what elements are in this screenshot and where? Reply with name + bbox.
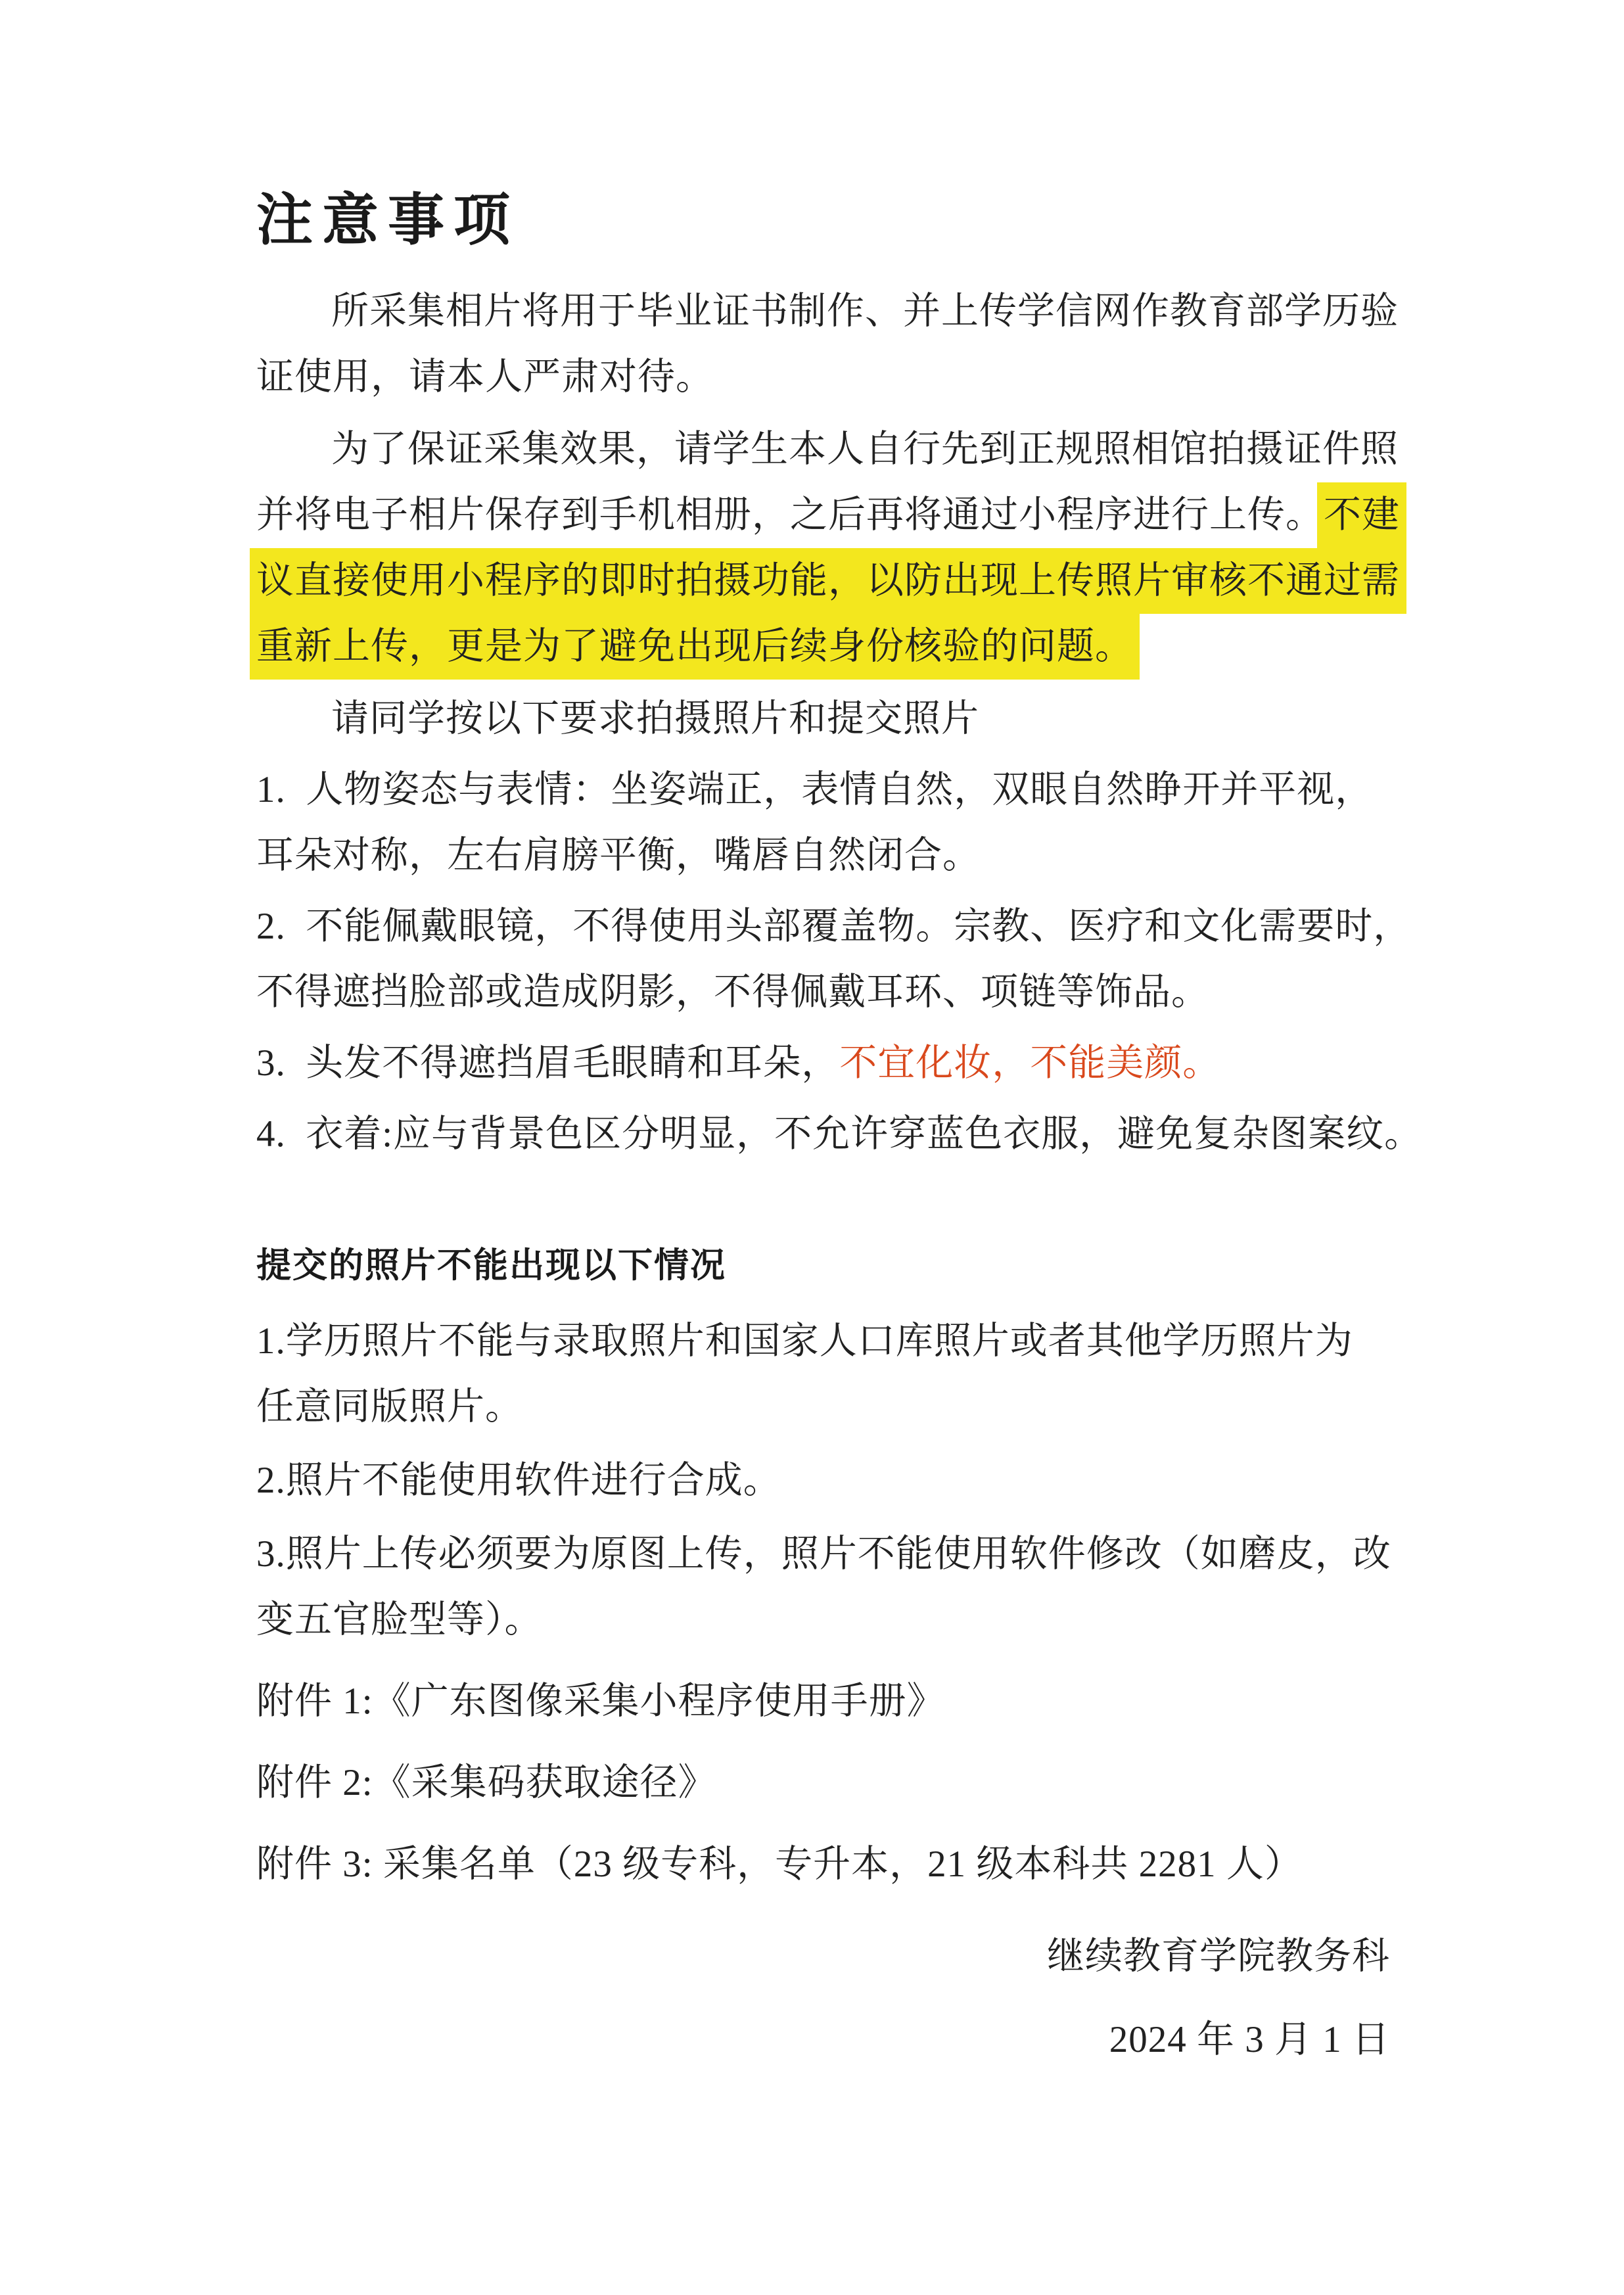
text-segment: 提交的照片不能出现以下情况 bbox=[256, 1246, 726, 1285]
text-line: 附件 1:《广东图像采集小程序使用手册》 bbox=[256, 1669, 1420, 1734]
signature-department: 继续教育学院教务科 bbox=[256, 1924, 1420, 1989]
text-line: 任意同版照片。 bbox=[256, 1374, 1420, 1440]
text-line: 2. 不能佩戴眼镜，不得使用头部覆盖物。宗教、医疗和文化需要时， bbox=[256, 894, 1420, 960]
forbidden-cases-heading: 提交的照片不能出现以下情况 bbox=[256, 1233, 1420, 1299]
requirement-3: 3. 头发不得遮挡眉毛眼睛和耳朵，不宜化妆，不能美颜。 bbox=[256, 1031, 1420, 1096]
text-line: 证使用，请本人严肃对待。 bbox=[256, 344, 1420, 410]
text-line: 提交的照片不能出现以下情况 bbox=[256, 1233, 1420, 1299]
forbidden-2: 2.照片不能使用软件进行合成。 bbox=[256, 1448, 1420, 1514]
text-segment: 2.照片不能使用软件进行合成。 bbox=[256, 1460, 781, 1501]
forbidden-3: 3.照片上传必须要为原图上传，照片不能使用软件修改（如磨皮，改变五官脸型等）。 bbox=[256, 1521, 1420, 1653]
forbidden-1: 1.学历照片不能与录取照片和国家人口库照片或者其他学历照片为任意同版照片。 bbox=[256, 1309, 1420, 1440]
text-line: 不得遮挡脸部或造成阴影，不得佩戴耳环、项链等饰品。 bbox=[256, 960, 1420, 1025]
text-segment: 请同学按以下要求拍摄照片和提交照片 bbox=[331, 698, 979, 739]
text-line: 请同学按以下要求拍摄照片和提交照片 bbox=[256, 686, 1420, 752]
text-line: 并将电子相片保存到手机相册，之后再将通过小程序进行上传。不建 bbox=[256, 482, 1420, 548]
highlighted-text: 不建 bbox=[1317, 482, 1406, 548]
text-line: 为了保证采集效果，请学生本人自行先到正规照相馆拍摄证件照 bbox=[256, 417, 1420, 482]
text-line: 2.照片不能使用软件进行合成。 bbox=[256, 1448, 1420, 1514]
text-segment: 1. 人物姿态与表情：坐姿端正，表情自然，双眼自然睁开并平视， bbox=[256, 769, 1373, 810]
text-segment: 附件 1:《广东图像采集小程序使用手册》 bbox=[256, 1681, 945, 1722]
text-segment: 附件 2:《采集码获取途径》 bbox=[256, 1762, 716, 1803]
text-segment: 4. 衣着:应与背景色区分明显，不允许穿蓝色衣服，避免复杂图案纹。 bbox=[256, 1113, 1422, 1155]
text-segment: 并将电子相片保存到手机相册，之后再将通过小程序进行上传。 bbox=[256, 494, 1324, 536]
document-title: 注意事项 bbox=[256, 184, 1420, 256]
requirement-4: 4. 衣着:应与背景色区分明显，不允许穿蓝色衣服，避免复杂图案纹。 bbox=[256, 1101, 1420, 1167]
text-segment: 3.照片上传必须要为原图上传，照片不能使用软件修改（如磨皮，改 bbox=[256, 1533, 1391, 1575]
text-segment: 所采集相片将用于毕业证书制作、并上传学信网作教育部学历验 bbox=[331, 290, 1399, 332]
text-segment: 不得遮挡脸部或造成阴影，不得佩戴耳环、项链等饰品。 bbox=[256, 971, 1209, 1013]
text-line: 变五官脸型等）。 bbox=[256, 1587, 1420, 1653]
warning-red-text: 不宜化妆，不能美颜。 bbox=[839, 1042, 1220, 1084]
highlighted-text: 议直接使用小程序的即时拍摄功能，以防出现上传照片审核不通过需 bbox=[250, 548, 1406, 614]
advice-paragraph: 为了保证采集效果，请学生本人自行先到正规照相馆拍摄证件照并将电子相片保存到手机相… bbox=[256, 417, 1420, 680]
signature-date: 2024 年 3 月 1 日 bbox=[256, 2007, 1420, 2073]
attachment-1: 附件 1:《广东图像采集小程序使用手册》 bbox=[256, 1669, 1420, 1734]
text-line: 重新上传，更是为了避免出现后续身份核验的问题。 bbox=[256, 614, 1420, 680]
text-line: 1.学历照片不能与录取照片和国家人口库照片或者其他学历照片为 bbox=[256, 1309, 1420, 1374]
attachment-3: 附件 3: 采集名单（23 级专科，专升本，21 级本科共 2281 人） bbox=[256, 1832, 1420, 1897]
text-segment: 2. 不能佩戴眼镜，不得使用头部覆盖物。宗教、医疗和文化需要时， bbox=[256, 906, 1411, 947]
text-segment: 任意同版照片。 bbox=[256, 1386, 523, 1427]
requirement-2: 2. 不能佩戴眼镜，不得使用头部覆盖物。宗教、医疗和文化需要时，不得遮挡脸部或造… bbox=[256, 894, 1420, 1025]
document-page: 注意事项 所采集相片将用于毕业证书制作、并上传学信网作教育部学历验证使用，请本人… bbox=[0, 0, 1624, 2295]
text-line: 3. 头发不得遮挡眉毛眼睛和耳朵，不宜化妆，不能美颜。 bbox=[256, 1031, 1420, 1096]
intro-paragraph: 所采集相片将用于毕业证书制作、并上传学信网作教育部学历验证使用，请本人严肃对待。 bbox=[256, 279, 1420, 410]
text-segment: 附件 3: 采集名单（23 级专科，专升本，21 级本科共 2281 人） bbox=[256, 1843, 1303, 1885]
highlighted-text: 重新上传，更是为了避免出现后续身份核验的问题。 bbox=[250, 614, 1140, 680]
text-segment: 证使用，请本人严肃对待。 bbox=[256, 356, 714, 398]
requirement-1: 1. 人物姿态与表情：坐姿端正，表情自然，双眼自然睁开并平视，耳朵对称，左右肩膀… bbox=[256, 757, 1420, 889]
text-segment: 为了保证采集效果，请学生本人自行先到正规照相馆拍摄证件照 bbox=[331, 429, 1399, 470]
text-line: 耳朵对称，左右肩膀平衡，嘴唇自然闭合。 bbox=[256, 823, 1420, 889]
text-segment: 变五官脸型等）。 bbox=[256, 1599, 543, 1640]
text-line: 议直接使用小程序的即时拍摄功能，以防出现上传照片审核不通过需 bbox=[256, 548, 1420, 614]
text-line: 3.照片上传必须要为原图上传，照片不能使用软件修改（如磨皮，改 bbox=[256, 1521, 1420, 1587]
text-line: 1. 人物姿态与表情：坐姿端正，表情自然，双眼自然睁开并平视， bbox=[256, 757, 1420, 823]
text-line: 4. 衣着:应与背景色区分明显，不允许穿蓝色衣服，避免复杂图案纹。 bbox=[256, 1101, 1420, 1167]
text-line: 附件 2:《采集码获取途径》 bbox=[256, 1750, 1420, 1816]
text-segment: 3. 头发不得遮挡眉毛眼睛和耳朵， bbox=[256, 1042, 839, 1084]
text-line: 所采集相片将用于毕业证书制作、并上传学信网作教育部学历验 bbox=[256, 279, 1420, 344]
attachment-2: 附件 2:《采集码获取途径》 bbox=[256, 1750, 1420, 1816]
text-line: 附件 3: 采集名单（23 级专科，专升本，21 级本科共 2281 人） bbox=[256, 1832, 1420, 1897]
document-content: 所采集相片将用于毕业证书制作、并上传学信网作教育部学历验证使用，请本人严肃对待。… bbox=[256, 279, 1420, 1897]
requirements-lead-in: 请同学按以下要求拍摄照片和提交照片 bbox=[256, 686, 1420, 752]
text-segment: 耳朵对称，左右肩膀平衡，嘴唇自然闭合。 bbox=[256, 835, 981, 876]
text-segment: 1.学历照片不能与录取照片和国家人口库照片或者其他学历照片为 bbox=[256, 1320, 1353, 1362]
